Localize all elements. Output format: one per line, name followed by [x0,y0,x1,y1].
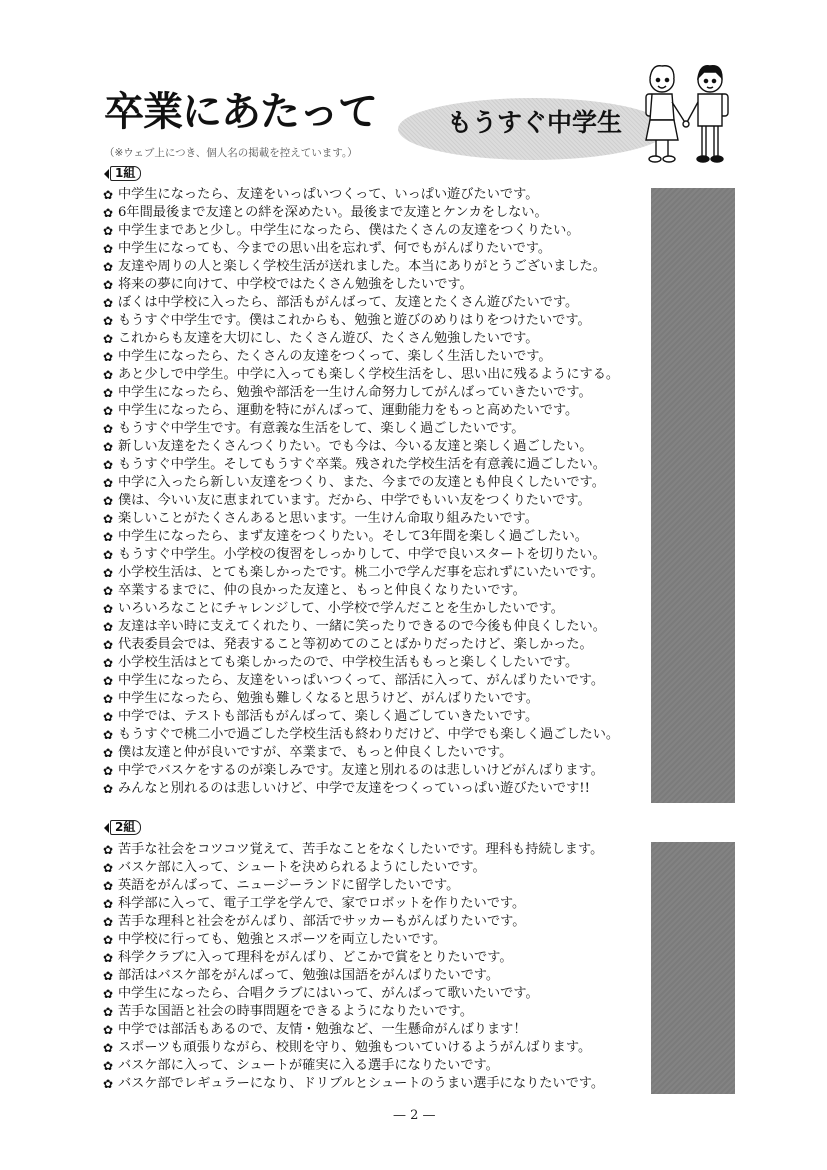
flower-bullet-icon: ✿ [103,600,118,618]
list-item: ✿苦手な国語と社会の時事問題をできるようになりたいです。 [103,1003,604,1021]
class-1-message-list: ✿中学生になったら、友達をいっぱいつくって、いっぱい遊びたいです。 ✿6年間最後… [103,186,619,798]
flower-bullet-icon: ✿ [103,726,118,744]
list-item: ✿中学生になったら、勉強も難しくなると思うけど、がんばりたいです。 [103,690,619,708]
tag-arrow-icon [104,823,109,833]
list-item: ✿苦手な社会をコツコツ覚えて、苦手なことをなくしたいです。理科も持続します。 [103,841,604,859]
list-item: ✿中学でバスケをするのが楽しみです。友達と別れるのは悲しいけどがんばります。 [103,762,619,780]
flower-bullet-icon: ✿ [103,877,118,895]
list-item: ✿代表委員会では、発表すること等初めてのことばかりだったけど、楽しかった。 [103,636,619,654]
document-page: 卒業にあたって もうすぐ中学生 （※ウェブ上につき、個人名の掲載を控えています。… [0,0,827,1170]
page-subtitle: もうすぐ中学生 [447,110,622,135]
list-item: ✿もうすぐ中学生です。有意義な生活をして、楽しく過ごしたいです。 [103,420,619,438]
flower-bullet-icon: ✿ [103,294,118,312]
list-item: ✿中学生になったら、勉強や部活を一生けん命努力してがんばっていきたいです。 [103,384,619,402]
flower-bullet-icon: ✿ [103,762,118,780]
list-item: ✿部活はバスケ部をがんばって、勉強は国語をがんばりたいです。 [103,967,604,985]
flower-bullet-icon: ✿ [103,654,118,672]
flower-bullet-icon: ✿ [103,582,118,600]
list-item: ✿中学生になったら、友達をいっぱいつくって、部活に入って、がんばりたいです。 [103,672,619,690]
students-illustration-icon [636,58,736,168]
flower-bullet-icon: ✿ [103,690,118,708]
flower-bullet-icon: ✿ [103,204,118,222]
list-item: ✿小学校生活はとても楽しかったので、中学校生活ももっと楽しくしたいです。 [103,654,619,672]
flower-bullet-icon: ✿ [103,913,118,931]
flower-bullet-icon: ✿ [103,222,118,240]
flower-bullet-icon: ✿ [103,1075,118,1093]
list-item: ✿中学では部活もあるので、友情・勉強など、一生懸命がんばります！ [103,1021,604,1039]
list-item: ✿中学生になったら、運動を特にがんばって、運動能力をもっと高めたいです。 [103,402,619,420]
flower-bullet-icon: ✿ [103,708,118,726]
flower-bullet-icon: ✿ [103,985,118,1003]
class-1-side-bar [651,188,735,803]
list-item: ✿6年間最後まで友達との絆を深めたい。最後まで友達とケンカをしない。 [103,204,619,222]
list-item: ✿小学校生活は、とても楽しかったです。桃二小で学んだ事を忘れずにいたいです。 [103,564,619,582]
class-1-label: 1組 [110,166,141,181]
privacy-note: （※ウェブ上につき、個人名の掲載を控えています。） [104,145,358,160]
flower-bullet-icon: ✿ [103,276,118,294]
flower-bullet-icon: ✿ [103,780,118,798]
flower-bullet-icon: ✿ [103,895,118,913]
list-item: ✿中学では、テストも部活もがんばって、楽しく過ごしていきたいです。 [103,708,619,726]
list-item: ✿中学生になったら、まず友達をつくりたい。そして3年間を楽しく過ごしたい。 [103,528,619,546]
list-item: ✿中学生になったら、友達をいっぱいつくって、いっぱい遊びたいです。 [103,186,619,204]
list-item: ✿科学クラブに入って理科をがんばり、どこかで賞をとりたいです。 [103,949,604,967]
flower-bullet-icon: ✿ [103,636,118,654]
flower-bullet-icon: ✿ [103,546,118,564]
list-item: ✿卒業するまでに、仲の良かった友達と、もっと仲良くなりたいです。 [103,582,619,600]
list-item: ✿スポーツも頑張りながら、校則を守り、勉強もついていけるようがんばります。 [103,1039,604,1057]
flower-bullet-icon: ✿ [103,841,118,859]
list-item: ✿中学生になったら、合唱クラブにはいって、がんばって歌いたいです。 [103,985,604,1003]
list-item: ✿中学校に行っても、勉強とスポーツを両立したいです。 [103,931,604,949]
flower-bullet-icon: ✿ [103,859,118,877]
list-item: ✿中学生になったら、たくさんの友達をつくって、楽しく生活したいです。 [103,348,619,366]
list-item: ✿楽しいことがたくさんあると思います。一生けん命取り組みたいです。 [103,510,619,528]
page-number: — 2 — [393,1108,436,1123]
flower-bullet-icon: ✿ [103,672,118,690]
list-item: ✿もうすぐ中学生。そしてもうすぐ卒業。残された学校生活を有意義に過ごしたい。 [103,456,619,474]
flower-bullet-icon: ✿ [103,931,118,949]
tag-arrow-icon [104,169,109,179]
list-item: ✿これからも友達を大切にし、たくさん遊び、たくさん勉強したいです。 [103,330,619,348]
class-1-tag: 1組 [104,166,141,181]
flower-bullet-icon: ✿ [103,1003,118,1021]
flower-bullet-icon: ✿ [103,510,118,528]
flower-bullet-icon: ✿ [103,312,118,330]
list-item: ✿バスケ部でレギュラーになり、ドリブルとシュートのうまい選手になりたいです。 [103,1075,604,1093]
list-item: ✿友達は辛い時に支えてくれたり、一緒に笑ったりできるので今後も仲良くしたい。 [103,618,619,636]
class-2-message-list: ✿苦手な社会をコツコツ覚えて、苦手なことをなくしたいです。理科も持続します。 ✿… [103,841,604,1093]
list-item: ✿新しい友達をたくさんつくりたい。でも今は、今いる友達と楽しく過ごしたい。 [103,438,619,456]
flower-bullet-icon: ✿ [103,186,118,204]
flower-bullet-icon: ✿ [103,420,118,438]
flower-bullet-icon: ✿ [103,528,118,546]
list-item: ✿友達や周りの人と楽しく学校生活が送れました。本当にありがとうございました。 [103,258,619,276]
list-item: ✿もうすぐ中学生です。僕はこれからも、勉強と遊びのめりはりをつけたいです。 [103,312,619,330]
list-item: ✿英語をがんばって、ニュージーランドに留学したいです。 [103,877,604,895]
flower-bullet-icon: ✿ [103,384,118,402]
list-item: ✿ぼくは中学校に入ったら、部活もがんばって、友達とたくさん遊びたいです。 [103,294,619,312]
list-item: ✿科学部に入って、電子工学を学んで、家でロボットを作りたいです。 [103,895,604,913]
flower-bullet-icon: ✿ [103,366,118,384]
flower-bullet-icon: ✿ [103,744,118,762]
list-item: ✿もうすぐで桃二小で過ごした学校生活も終わりだけど、中学でも楽しく過ごしたい。 [103,726,619,744]
flower-bullet-icon: ✿ [103,492,118,510]
list-item: ✿中学生になっても、今までの思い出を忘れず、何でもがんばりたいです。 [103,240,619,258]
flower-bullet-icon: ✿ [103,258,118,276]
flower-bullet-icon: ✿ [103,438,118,456]
flower-bullet-icon: ✿ [103,618,118,636]
flower-bullet-icon: ✿ [103,1021,118,1039]
page-title: 卒業にあたって [104,92,377,132]
class-2-tag: 2組 [104,820,141,835]
flower-bullet-icon: ✿ [103,474,118,492]
flower-bullet-icon: ✿ [103,1039,118,1057]
list-item: ✿将来の夢に向けて、中学校ではたくさん勉強をしたいです。 [103,276,619,294]
list-item: ✿バスケ部に入って、シュートが確実に入る選手になりたいです。 [103,1057,604,1075]
flower-bullet-icon: ✿ [103,1057,118,1075]
flower-bullet-icon: ✿ [103,967,118,985]
list-item: ✿僕は、今いい友に恵まれています。だから、中学でもいい友をつくりたいです。 [103,492,619,510]
flower-bullet-icon: ✿ [103,456,118,474]
list-item: ✿中学に入ったら新しい友達をつくり、また、今までの友達とも仲良くしたいです。 [103,474,619,492]
class-2-side-bar [651,842,735,1094]
list-item: ✿みんなと別れるのは悲しいけど、中学で友達をつくっていっぱい遊びたいです!! [103,780,619,798]
list-item: ✿もうすぐ中学生。小学校の復習をしっかりして、中学で良いスタートを切りたい。 [103,546,619,564]
flower-bullet-icon: ✿ [103,330,118,348]
list-item: ✿いろいろなことにチャレンジして、小学校で学んだことを生かしたいです。 [103,600,619,618]
list-item: ✿中学生まであと少し。中学生になったら、僕はたくさんの友達をつくりたい。 [103,222,619,240]
list-item: ✿バスケ部に入って、シュートを決められるようにしたいです。 [103,859,604,877]
flower-bullet-icon: ✿ [103,949,118,967]
flower-bullet-icon: ✿ [103,402,118,420]
class-2-label: 2組 [110,820,141,835]
list-item: ✿僕は友達と仲が良いですが、卒業まで、もっと仲良くしたいです。 [103,744,619,762]
flower-bullet-icon: ✿ [103,564,118,582]
flower-bullet-icon: ✿ [103,348,118,366]
list-item: ✿あと少しで中学生。中学に入っても楽しく学校生活をし、思い出に残るようにする。 [103,366,619,384]
list-item: ✿苦手な理科と社会をがんばり、部活でサッカーもがんばりたいです。 [103,913,604,931]
flower-bullet-icon: ✿ [103,240,118,258]
